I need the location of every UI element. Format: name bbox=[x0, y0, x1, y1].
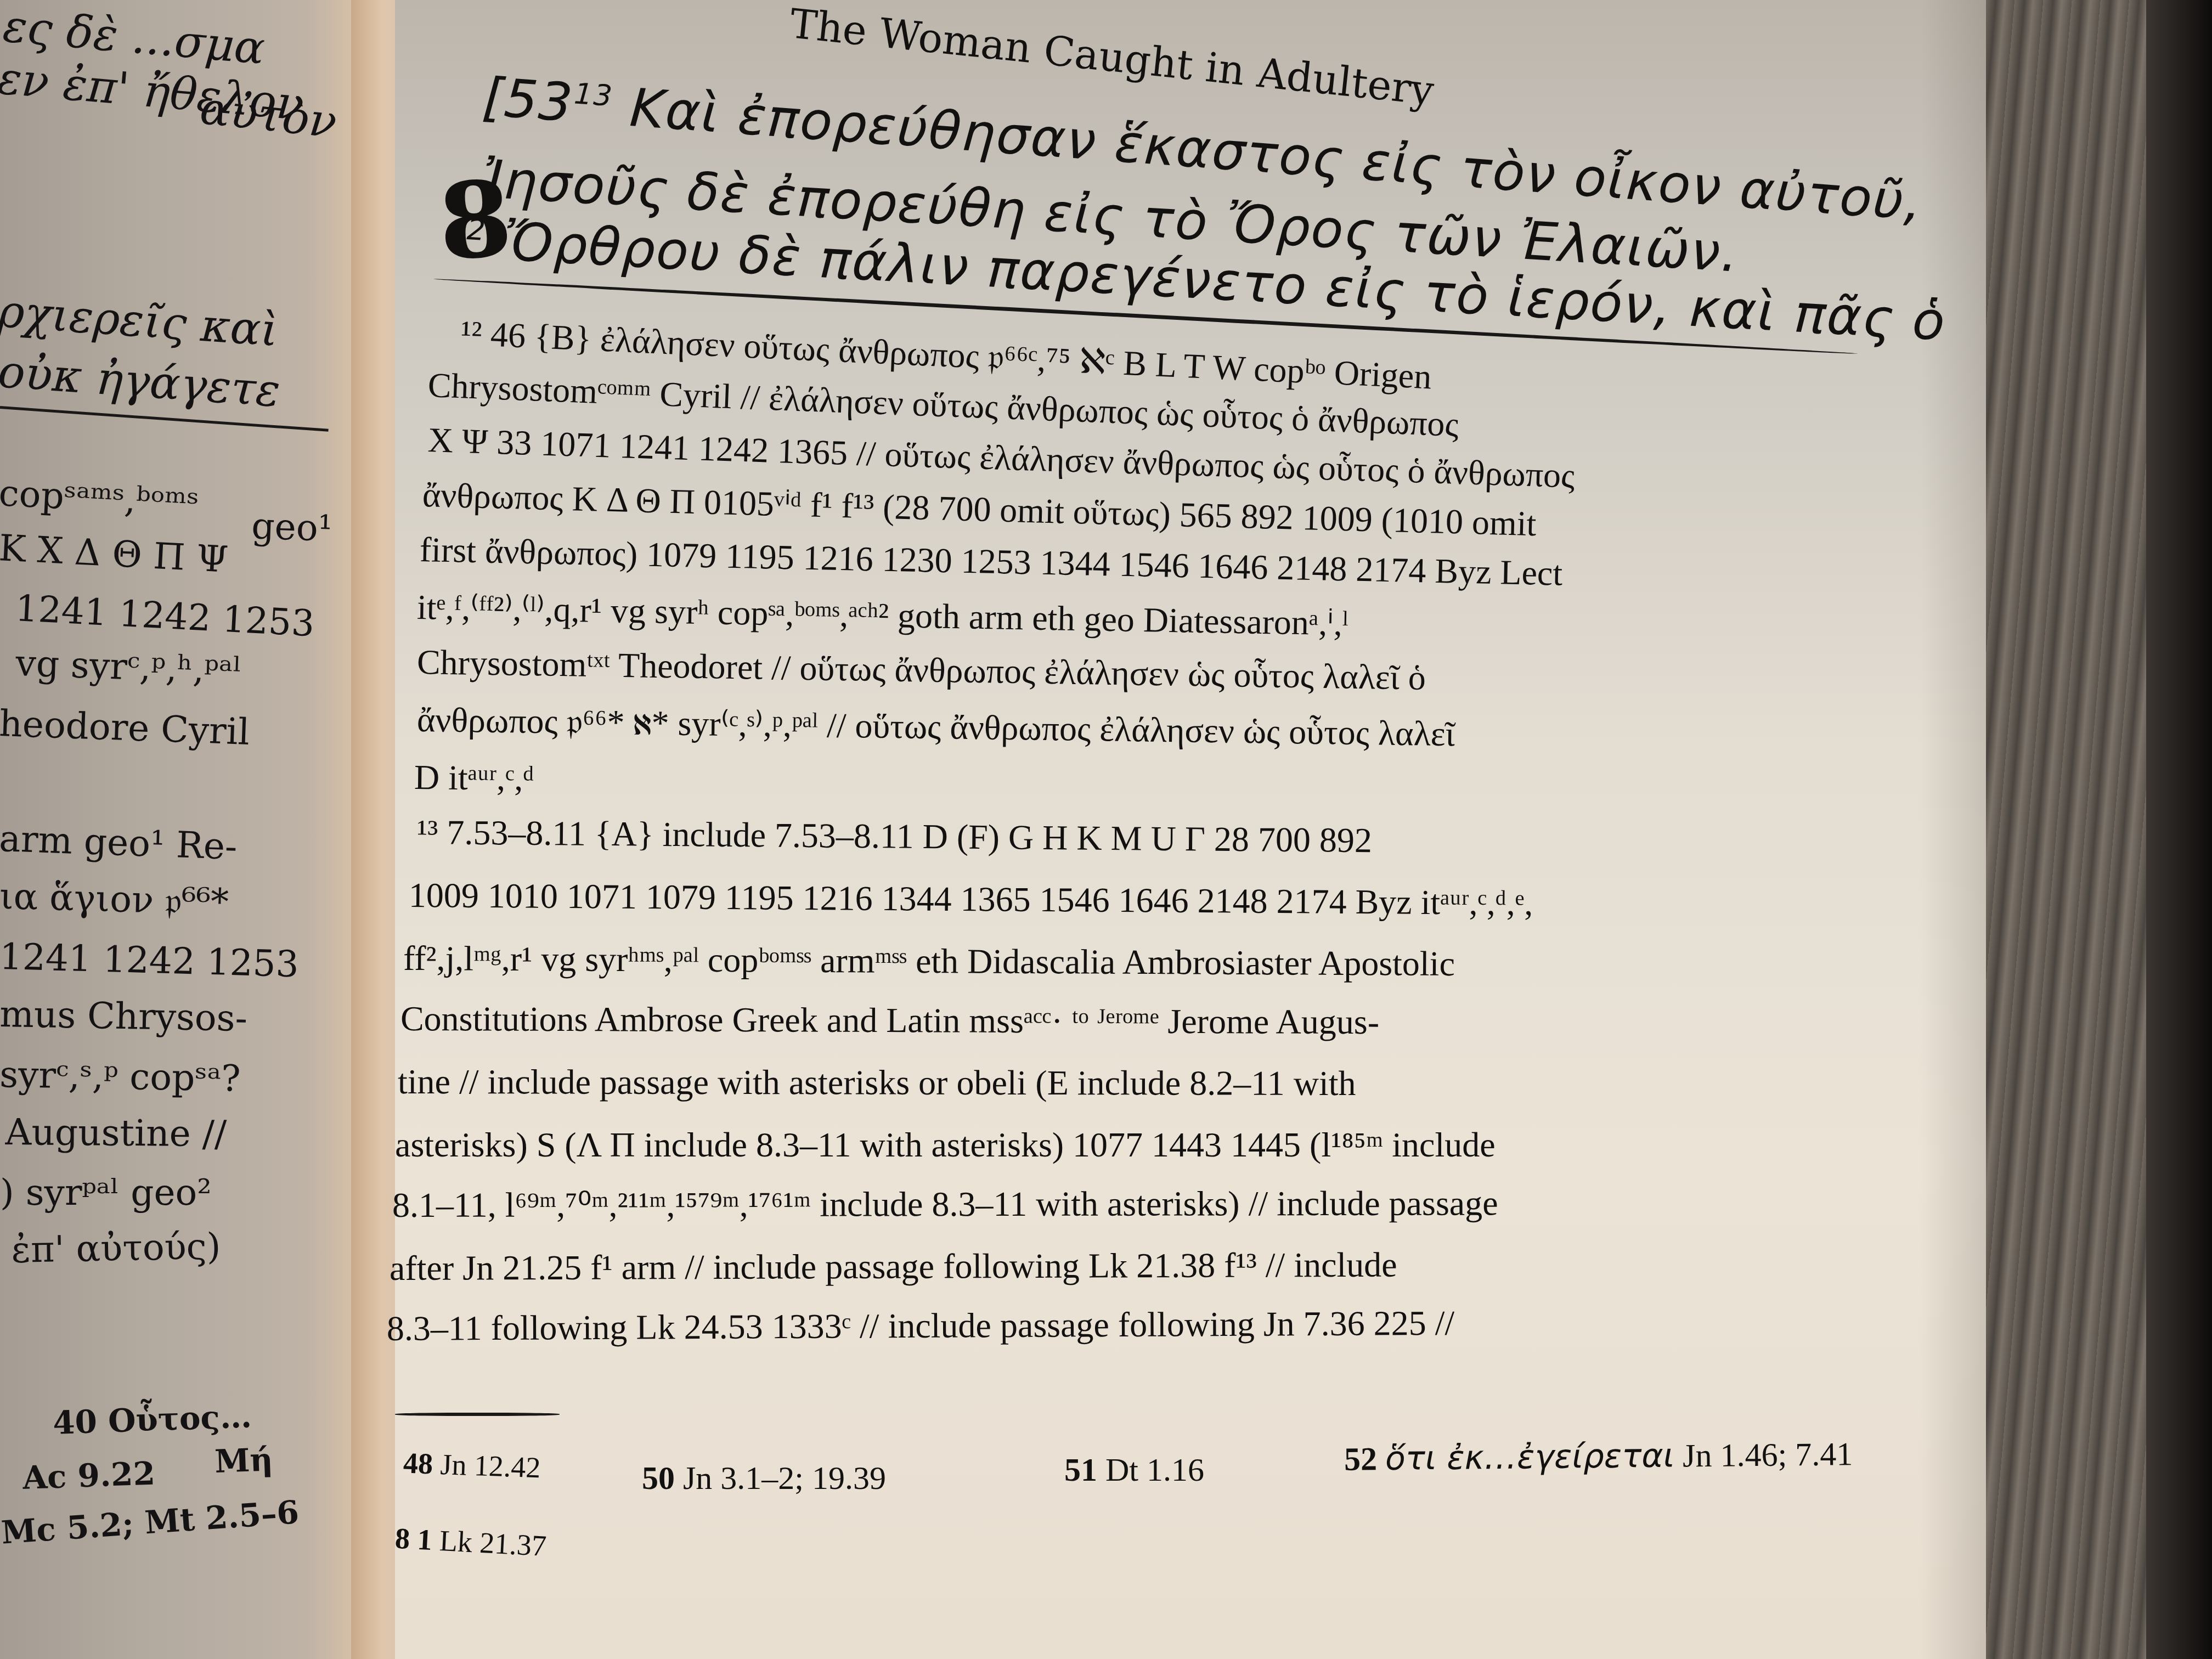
apparatus-line: D itᵃᵘʳ,ᶜ,ᵈ bbox=[414, 757, 534, 799]
xref-number: 51 bbox=[1064, 1452, 1097, 1488]
left-xref: 40 Οὗτος… bbox=[52, 1397, 252, 1442]
left-apparatus-line: 1241 1242 1253 bbox=[0, 935, 300, 985]
cross-reference: 48 Jn 12.42 bbox=[403, 1446, 541, 1485]
xref-number: 8 1 bbox=[394, 1522, 433, 1556]
left-apparatus-line: ια ἅγιον 𝔭⁶⁶* bbox=[0, 875, 229, 924]
xref-ref: Dt 1.16 bbox=[1105, 1452, 1204, 1488]
left-apparatus-line: mus Chrysos- bbox=[0, 993, 247, 1040]
xref-ref: Jn 12.42 bbox=[439, 1448, 541, 1484]
apparatus-line: 1009 1010 1071 1079 1195 1216 1344 1365 … bbox=[409, 875, 1533, 923]
xref-number: 50 bbox=[642, 1460, 675, 1496]
xref-ref: Jn 3.1–2; 19.39 bbox=[683, 1460, 886, 1496]
left-apparatus-line: arm geo¹ Re- bbox=[0, 817, 238, 868]
left-apparatus-line: copˢᵃᵐˢ,ᵇᵒᵐˢ bbox=[0, 472, 200, 524]
verse-sup: 13 bbox=[573, 77, 614, 113]
left-text-rule bbox=[0, 406, 329, 432]
xref-ref: Lk 21.37 bbox=[439, 1524, 548, 1562]
left-greek-line: οὐκ ἠγάγετε bbox=[0, 346, 282, 417]
verse-number: 53 bbox=[502, 67, 575, 134]
apparatus-line: after Jn 21.25 f¹ arm // include passage… bbox=[390, 1245, 1397, 1289]
left-apparatus-line: syrᶜ,ˢ,ᵖ copˢᵃ? bbox=[0, 1053, 241, 1100]
cross-reference: 50 Jn 3.1–2; 19.39 bbox=[642, 1459, 886, 1497]
left-greek-line: ρχιερεῖς καὶ bbox=[0, 285, 280, 357]
left-apparatus-line: ἐπ' αὐτούς) bbox=[11, 1225, 221, 1271]
footnote-rule bbox=[395, 1413, 560, 1416]
apparatus-line: ff²,j,lᵐᵍ,r¹ vg syrʰᵐˢ,ᵖᵃˡ copᵇᵒᵐˢˢ armᵐ… bbox=[403, 938, 1455, 984]
book-page-edges bbox=[1986, 0, 2212, 1659]
book-photo: ες δὲ ...σμα εν ἐπ' ἤθελον αὐτὸν ρχιερεῖ… bbox=[0, 0, 2212, 1659]
left-apparatus-line: ) syrᵖᵃˡ geo² bbox=[0, 1171, 212, 1214]
left-apparatus-line: K X Δ Θ Π Ψ bbox=[0, 527, 229, 581]
left-apparatus-line: heodore Cyril bbox=[0, 702, 250, 753]
apparatus-line: asterisks) S (Λ Π include 8.3–11 with as… bbox=[395, 1125, 1496, 1165]
left-xref: Mc 5.2; Mt 2.5–6 bbox=[0, 1493, 300, 1551]
cross-reference: 51 Dt 1.16 bbox=[1064, 1451, 1204, 1489]
apparatus-line: tine // include passage with asterisks o… bbox=[398, 1062, 1356, 1104]
left-apparatus-line: geo¹ bbox=[251, 505, 333, 550]
left-xref: Μή bbox=[214, 1441, 274, 1480]
xref-greek: ὅτι ἐκ…ἐγείρεται bbox=[1385, 1437, 1675, 1479]
apparatus-line: 8.3–11 following Lk 24.53 1333ᶜ // inclu… bbox=[387, 1303, 1455, 1349]
cross-reference: 52 ὅτι ἐκ…ἐγείρεται Jn 1.46; 7.41 bbox=[1344, 1435, 1853, 1479]
left-apparatus-line: vg syrᶜ,ᵖ,ʰ,ᵖᵃˡ bbox=[15, 642, 242, 692]
xref-ref: Jn 1.46; 7.41 bbox=[1683, 1436, 1853, 1474]
apparatus-line: 8.1–11, l⁶⁹ᵐ,⁷⁰ᵐ,²¹¹ᵐ,¹⁵⁷⁹ᵐ,¹⁷⁶¹ᵐ includ… bbox=[392, 1183, 1498, 1226]
left-page: ες δὲ ...σμα εν ἐπ' ἤθελον αὐτὸν ρχιερεῖ… bbox=[0, 0, 384, 1659]
apparatus-line: ¹³ 7.53–8.11 {A} include 7.53–8.11 D (F)… bbox=[417, 812, 1372, 861]
xref-number: 48 bbox=[403, 1447, 433, 1481]
left-apparatus-line: Augustine // bbox=[5, 1111, 227, 1155]
left-apparatus-line: 1241 1242 1253 bbox=[14, 587, 315, 645]
xref-number: 52 bbox=[1344, 1441, 1378, 1477]
left-greek-line: αὐτὸν bbox=[198, 82, 339, 149]
verse-number: 2 bbox=[466, 213, 487, 247]
left-xref: Ac 9.22 bbox=[22, 1455, 156, 1497]
apparatus-line: Constitutions Ambrose Greek and Latin ms… bbox=[400, 998, 1379, 1042]
